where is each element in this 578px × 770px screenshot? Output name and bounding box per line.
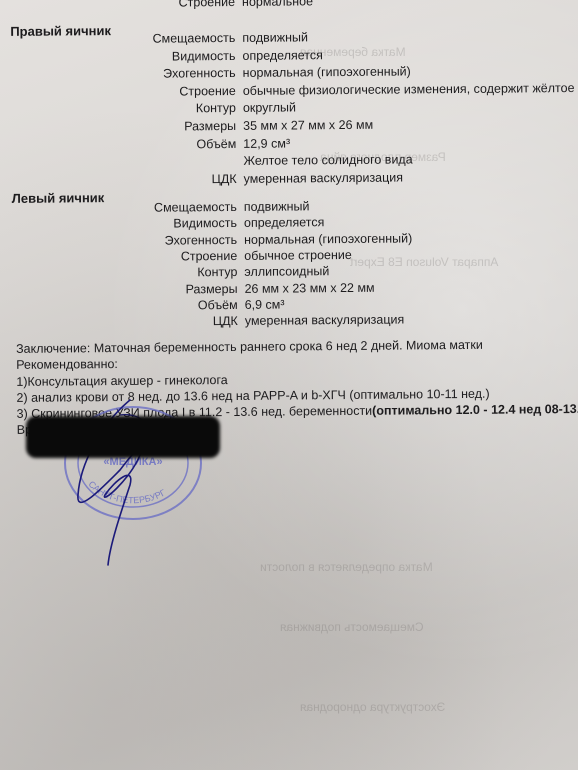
recommendation-3-optimal: (оптимально 12.0 - 12.4 нед 08-13.09.202…: [372, 401, 578, 417]
report-row-label: Контур: [1, 101, 236, 103]
report-row-label: ЦДК: [3, 314, 238, 316]
row-label: ЦДК: [212, 172, 237, 186]
row-label: Смещаемость: [152, 31, 235, 46]
row-label: Строение: [179, 84, 236, 98]
row-value: обычное строение: [244, 248, 352, 263]
row-value: 26 мм x 23 мм x 22 мм: [244, 280, 374, 295]
report-row-label: Строение: [1, 84, 236, 86]
section-title-left-ovary: Левый яичник: [12, 190, 105, 206]
report-row-label: Контур: [2, 265, 237, 267]
row-label: Строение: [179, 0, 236, 9]
row-value: подвижный: [244, 199, 310, 214]
row-value: 12,9 см³: [243, 136, 290, 150]
row-value: эллипсоидный: [244, 264, 329, 279]
report-row-label: Размеры: [1, 119, 236, 121]
report-row-label: Объём: [1, 137, 236, 139]
row-value: нормальная (гипоэхогенный): [244, 231, 412, 246]
row-value: определяется: [242, 48, 323, 63]
report-row-label: Размеры: [2, 281, 237, 283]
row-label: Эхогенность: [163, 66, 236, 81]
conclusion-text: Заключение: Маточная беременность раннег…: [16, 338, 483, 356]
report-row-label: Видимость: [2, 216, 237, 218]
row-value: нормальная (гипоэхогенный): [243, 65, 411, 80]
row-label: Объём: [198, 298, 238, 312]
row-value: умеренная васкуляризация: [244, 170, 404, 185]
recommendation-1: 1)Консультация акушер - гинеколога: [16, 373, 228, 389]
report-row-label: Объём: [3, 298, 238, 300]
row-label: Строение: [181, 249, 238, 263]
recommended-label: Рекомендованно:: [16, 357, 118, 372]
row-value: округлый: [243, 101, 296, 115]
report-row-label: Видимость: [0, 49, 235, 51]
row-label: Видимость: [173, 216, 237, 231]
row-value: подвижный: [242, 30, 308, 45]
row-label: Размеры: [184, 119, 236, 133]
report-row-label: Строение: [2, 249, 237, 251]
row-label: Контур: [197, 265, 237, 279]
row-value: определяется: [244, 215, 325, 230]
report-row-label: ЦДК: [2, 172, 237, 174]
row-value: нормальное: [242, 0, 313, 9]
bleed-through-text: Аппарат Voluson E8 Expert: [350, 255, 498, 269]
row-label: Размеры: [186, 281, 238, 295]
section-title-right-ovary: Правый яичник: [10, 23, 111, 39]
row-label: Эхогенность: [165, 233, 238, 248]
row-label: ЦДК: [213, 314, 238, 328]
report-row-label: Эхогенность: [1, 66, 236, 68]
row-value: 6,9 см³: [245, 297, 285, 311]
row-value: 35 мм x 27 мм x 26 мм: [243, 118, 373, 133]
report-row-label: [1, 154, 236, 156]
row-value: Желтое тело солидного вида: [243, 153, 412, 168]
row-label: Видимость: [172, 49, 236, 64]
bleed-through-text: Смещаемость подвижная: [280, 620, 424, 634]
row-label: Объём: [196, 137, 236, 151]
row-value: умеренная васкуляризация: [245, 313, 405, 328]
bleed-through-text: Эхоструктура однородная: [300, 700, 445, 714]
row-label: Контур: [196, 101, 236, 115]
row-value: обычные физиологические изменения, содер…: [243, 81, 578, 98]
report-row-label: Эхогенность: [2, 233, 237, 235]
redacted-doctor-name: [26, 416, 220, 458]
row-label: Смещаемость: [154, 200, 237, 215]
bleed-through-text: Матка определяется в полости: [260, 560, 433, 574]
